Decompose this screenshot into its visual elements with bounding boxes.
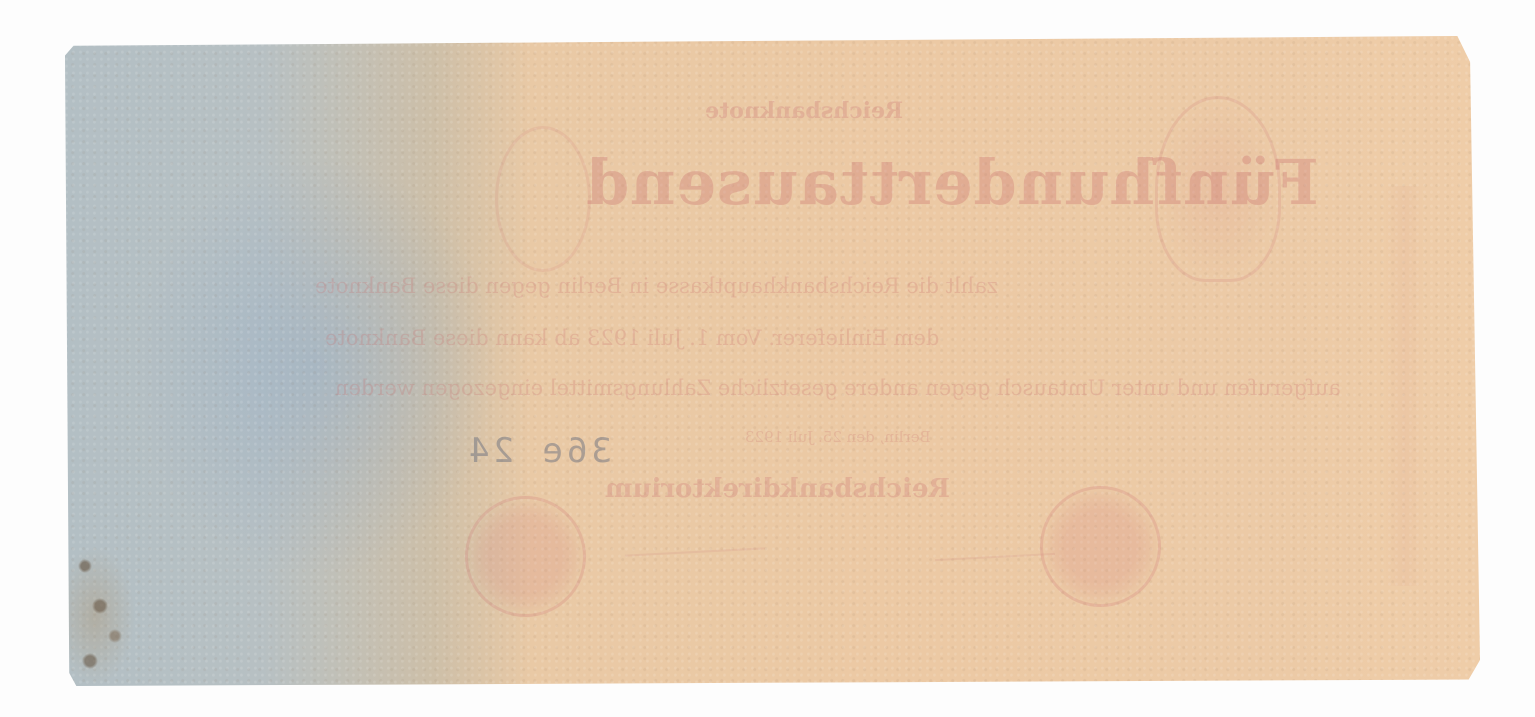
serial-number: 36e 24 <box>465 431 612 471</box>
body-line-3: aufgerufen und unter Umtausch gegen ande… <box>335 376 1341 400</box>
ornament-left <box>495 126 591 272</box>
date-line: Berlin, den 25. Juli 1923 <box>745 428 931 446</box>
bank-signature-line: Reichsbankdirektorium <box>605 474 950 504</box>
body-line-2: dem Einlieferer. Vom 1. Juli 1923 ab kan… <box>325 326 939 350</box>
seal-right <box>1040 486 1161 607</box>
banknote-paper: Reichsbanknote Fünfhunderttausend zahlt … <box>65 36 1480 686</box>
heading-small: Reichsbanknote <box>705 98 903 124</box>
seal-left <box>465 496 586 617</box>
body-line-1: zahlt die Reichsbankhauptkasse in Berlin… <box>315 274 998 298</box>
heading-denomination: Fünfhunderttausend <box>585 146 1319 219</box>
corner-stain <box>65 546 135 686</box>
margin-watermark <box>1385 186 1425 586</box>
